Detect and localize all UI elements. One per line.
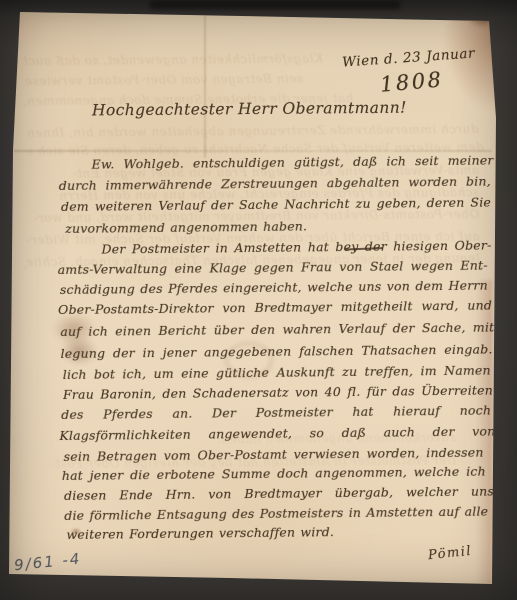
letter-line: auf ich einen Bericht über den wahren Ve… xyxy=(60,318,494,341)
letter-paper: Klagsförmlichkeiten angewendet, so daß a… xyxy=(0,0,517,600)
letter-line: diesen Ende Hrn. von Bredtmayer übergab,… xyxy=(64,482,494,505)
letter-line: legung der in jener angegebenen falschen… xyxy=(60,340,492,363)
letter-line: Frau Baronin, den Schadenersatz von 40 f… xyxy=(63,381,493,404)
letter-line: zuvorkommend angenommen haben. xyxy=(65,217,307,237)
letter-line: lich bot ich, um eine gütliche Auskunft … xyxy=(63,361,491,383)
letter-body: Ew. Wohlgeb. entschuldigen gütigst, daß … xyxy=(0,0,517,600)
letter-line: schädigung des Pferdes eingereicht, welc… xyxy=(60,277,488,299)
letter-line: Ober-Postamts-Direktor von Bredtmayer mi… xyxy=(58,296,492,319)
letter-line: hat jener die erbotene Summe doch angeno… xyxy=(62,463,486,485)
letter-line: die förmliche Entsagung des Postmeisters… xyxy=(64,503,488,525)
backdrop-seam xyxy=(150,0,400,9)
letter-line: durch immerwährende Zerstreuungen abgeha… xyxy=(59,172,491,195)
letter-line: Der Postmeister in Amstetten hat bey der… xyxy=(101,236,491,258)
letter-line: Klagsförmlichkeiten angewendet, so daß a… xyxy=(59,422,495,445)
scan-backdrop: Klagsförmlichkeiten angewendet, so daß a… xyxy=(0,0,517,600)
letter-line: amts-Verwaltung eine Klage gegen Frau vo… xyxy=(58,257,488,280)
letter-line: dem weiteren Verlauf der Sache Nachricht… xyxy=(61,193,491,216)
letter-line: weiteren Forderungen verschaffen wird. xyxy=(66,523,334,543)
letter-line: Ew. Wohlgeb. entschuldigen gütigst, daß … xyxy=(91,151,493,173)
letter-line: des Pferdes an. Der Postmeister hat hier… xyxy=(61,401,491,424)
